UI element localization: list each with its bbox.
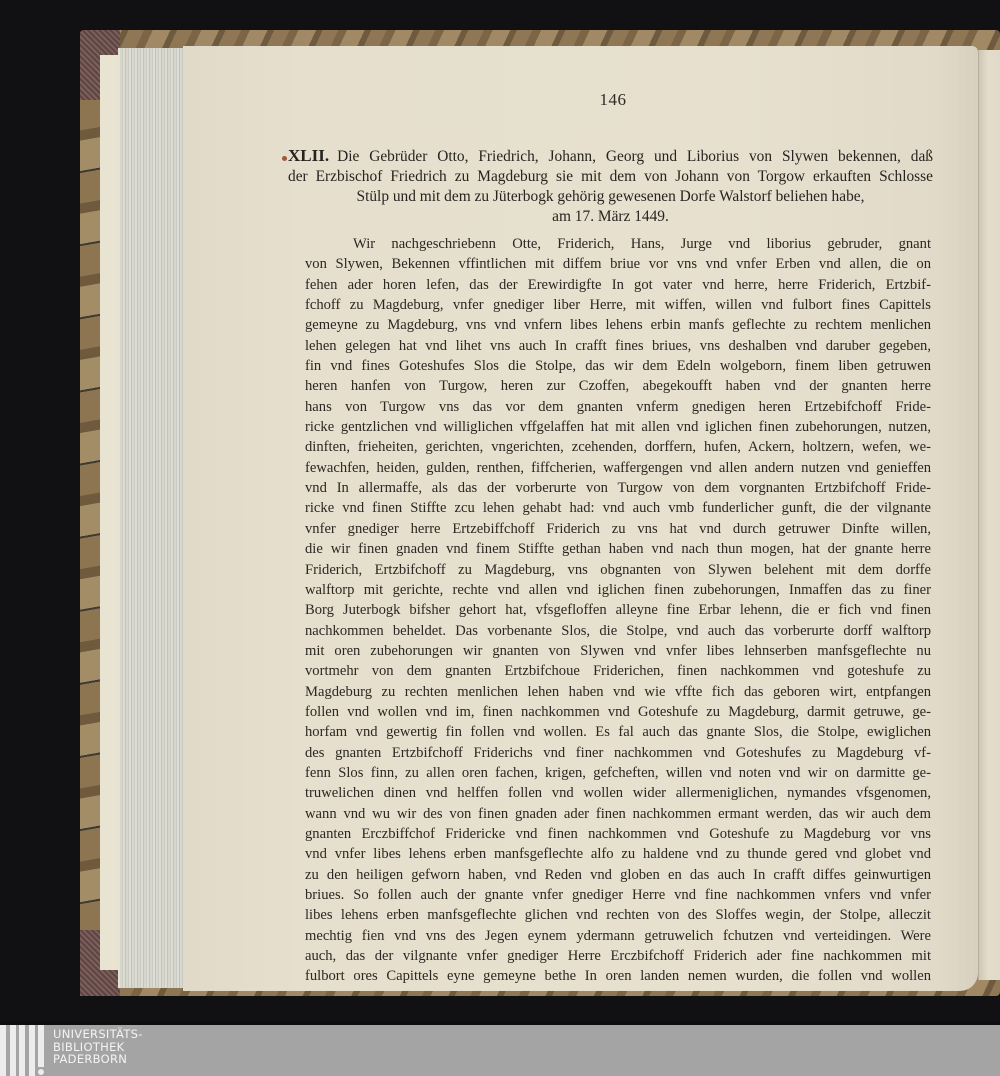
heading-date: am 17. März 1449.	[288, 207, 933, 227]
document-heading: XLII.Die Gebrüder Otto, Friedrich, Johan…	[288, 146, 933, 227]
page-number: 146	[598, 90, 628, 110]
body-line: follen vnd wollen vnd im, finen nachkomm…	[305, 702, 931, 722]
body-line: fulbort ores Capittels eyne gemeyne beth…	[305, 966, 931, 986]
document-number: XLII.	[288, 146, 329, 165]
body-line: fchoff zu Magdeburg, vnfer gnediger libe…	[305, 295, 931, 315]
body-line: nachkommen beheldet. Das vorbenante Slos…	[305, 621, 931, 641]
body-line: ricke gentzlichen vnd williglichen vffge…	[305, 417, 931, 437]
heading-line-3: Stülp und mit dem zu Jüterbogk gehörig g…	[288, 187, 933, 207]
body-line: Magdeburg zu rechten menlichen lehen hab…	[305, 682, 931, 702]
body-line: vortmehr von dem gnanten Ertzbifchoue Fr…	[305, 661, 931, 681]
library-logo-text: UNIVERSITÄTS- BIBLIOTHEK PADERBORN	[53, 1028, 143, 1066]
facing-page-edge	[978, 50, 1000, 980]
body-line: lehen gelegen hat vnd lihet vns auch In …	[305, 336, 931, 356]
library-logo-icon	[0, 1025, 46, 1076]
body-line: gemeyne zu Magdeburg, vns vnd vnfern lib…	[305, 315, 931, 335]
document-body: Wir nachgeschriebenn Otte, Friderich, Ha…	[305, 234, 931, 987]
margin-mark	[282, 156, 287, 161]
page-stack-edge	[118, 48, 185, 988]
body-line: mechtig fien vnd vns des Jegen eynem yde…	[305, 926, 931, 946]
library-footer-bar: UNIVERSITÄTS- BIBLIOTHEK PADERBORN	[0, 1025, 1000, 1076]
body-line: Borg Juterbogk bifsher gehort hat, vfsge…	[305, 600, 931, 620]
body-line: dinften, frieheiten, gerichten, vngerich…	[305, 437, 931, 457]
heading-line-2: der Erzbischof Friedrich zu Magdeburg si…	[288, 167, 933, 187]
body-line: fewachfen, heiden, gulden, renthen, fiff…	[305, 458, 931, 478]
body-line: mit oren zubehorungen wir gnanten von Sl…	[305, 641, 931, 661]
body-line: walftorp mit gerichte, rechte vnd allen …	[305, 580, 931, 600]
body-line: heren hanfen von Turgow, heren zur Czoff…	[305, 376, 931, 396]
body-line: wann vnd wu wir des von finen gnaden ade…	[305, 804, 931, 824]
body-line: vnd vnfer libes lehens erben manfsgeflec…	[305, 844, 931, 864]
heading-line-1: XLII.Die Gebrüder Otto, Friedrich, Johan…	[288, 146, 933, 167]
body-line: hans von Turgow vns das vor dem gnanten …	[305, 397, 931, 417]
body-line: truwelichen dinen vnd helffen follen vnd…	[305, 783, 931, 803]
body-line: zu den heiligen gefworn haben, vnd Reden…	[305, 865, 931, 885]
body-line: fenn Slos finn, zu allen oren fachen, kr…	[305, 763, 931, 783]
body-line: von Slywen, Bekennen vffintlichen mit di…	[305, 254, 931, 274]
body-line: briues. So follen auch der gnante vnfer …	[305, 885, 931, 905]
body-line: fin vnd fines Goteshufes Slos die Stolpe…	[305, 356, 931, 376]
body-line: Wir nachgeschriebenn Otte, Friderich, Ha…	[305, 234, 931, 254]
body-line: fehen ader horen lefen, das der Erewirdi…	[305, 275, 931, 295]
body-line: auch, das der vilgnante vnfer gnediger H…	[305, 946, 931, 966]
body-line: die wir finen gnaden vnd finem Stiffte g…	[305, 539, 931, 559]
body-line: des gnanten Ertzbifchoff Friderichs vnd …	[305, 743, 931, 763]
body-line: horfam vnd gewertig fin follen vnd wolle…	[305, 722, 931, 742]
body-line: Friderich, Ertzbifchoff zu Magdeburg, vn…	[305, 560, 931, 580]
body-line: libes lehens erben manfsgeflechte gliche…	[305, 905, 931, 925]
body-line: gnanten Erczbiffchof Fridericke vnd fine…	[305, 824, 931, 844]
book-cover-edge	[80, 100, 100, 930]
body-line: ricke vnd finen Stiffte zcu lehen gehabt…	[305, 498, 931, 518]
body-line: vnfer gnediger herre Ertzebiffchoff Frid…	[305, 519, 931, 539]
body-line: vnd In allermaffe, als das der vorberurt…	[305, 478, 931, 498]
